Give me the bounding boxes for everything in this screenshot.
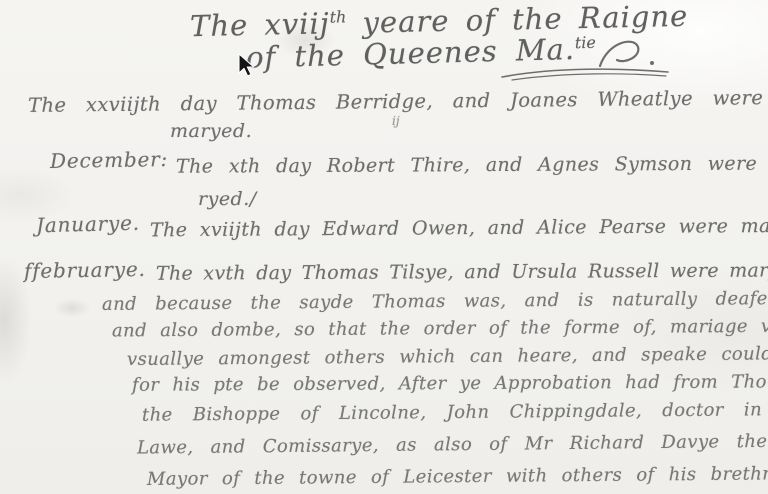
- double-underline-flourish-icon: [500, 64, 672, 82]
- entry1-line-2: maryed.: [170, 120, 252, 142]
- entry4-line-2: and because the sayde Thomas was, and is…: [102, 288, 768, 315]
- entry1-line-1: The xxviijth day Thomas Berridge, and Jo…: [28, 86, 763, 117]
- entry4-month-label: ffebruarye.: [24, 257, 146, 283]
- entry1-interlinear-insertion: ij: [392, 114, 400, 128]
- entry2-line-1: The xth day Robert Thire, and Agnes Syms…: [176, 152, 768, 177]
- entry4-line-7: Lawe, and Comissarye, as also of Mr Rich…: [137, 430, 768, 458]
- entry4-line-3: and also dombe, so that the order of the…: [112, 316, 768, 342]
- entry4-line-1: The xvth day Thomas Tilsye, and Ursula R…: [156, 259, 768, 284]
- heading-line-1-superscript: th: [329, 7, 346, 26]
- cursor-icon: [237, 53, 257, 79]
- heading-line-1-text: The xviij: [190, 6, 330, 43]
- entry4-line-8: Mayor of the towne of Leicester with oth…: [147, 463, 768, 490]
- entry3-month-label: Januarye.: [36, 211, 140, 238]
- entry4-line-5: for his pte be observed, After ye Approb…: [132, 371, 768, 396]
- entry4-line-6: the Bishoppe of Lincolne, John Chippingd…: [142, 399, 762, 425]
- entry2-month-label: December:: [50, 147, 168, 173]
- entry4-line-4: vsuallye amongest others which can heare…: [127, 343, 768, 370]
- entry3-line-1: The xviijth day Edward Owen, and Alice P…: [150, 215, 768, 242]
- entry2-line-2: ryed./: [198, 188, 257, 210]
- manuscript-page: The xviijth yeare of the Raigne of the Q…: [0, 0, 768, 494]
